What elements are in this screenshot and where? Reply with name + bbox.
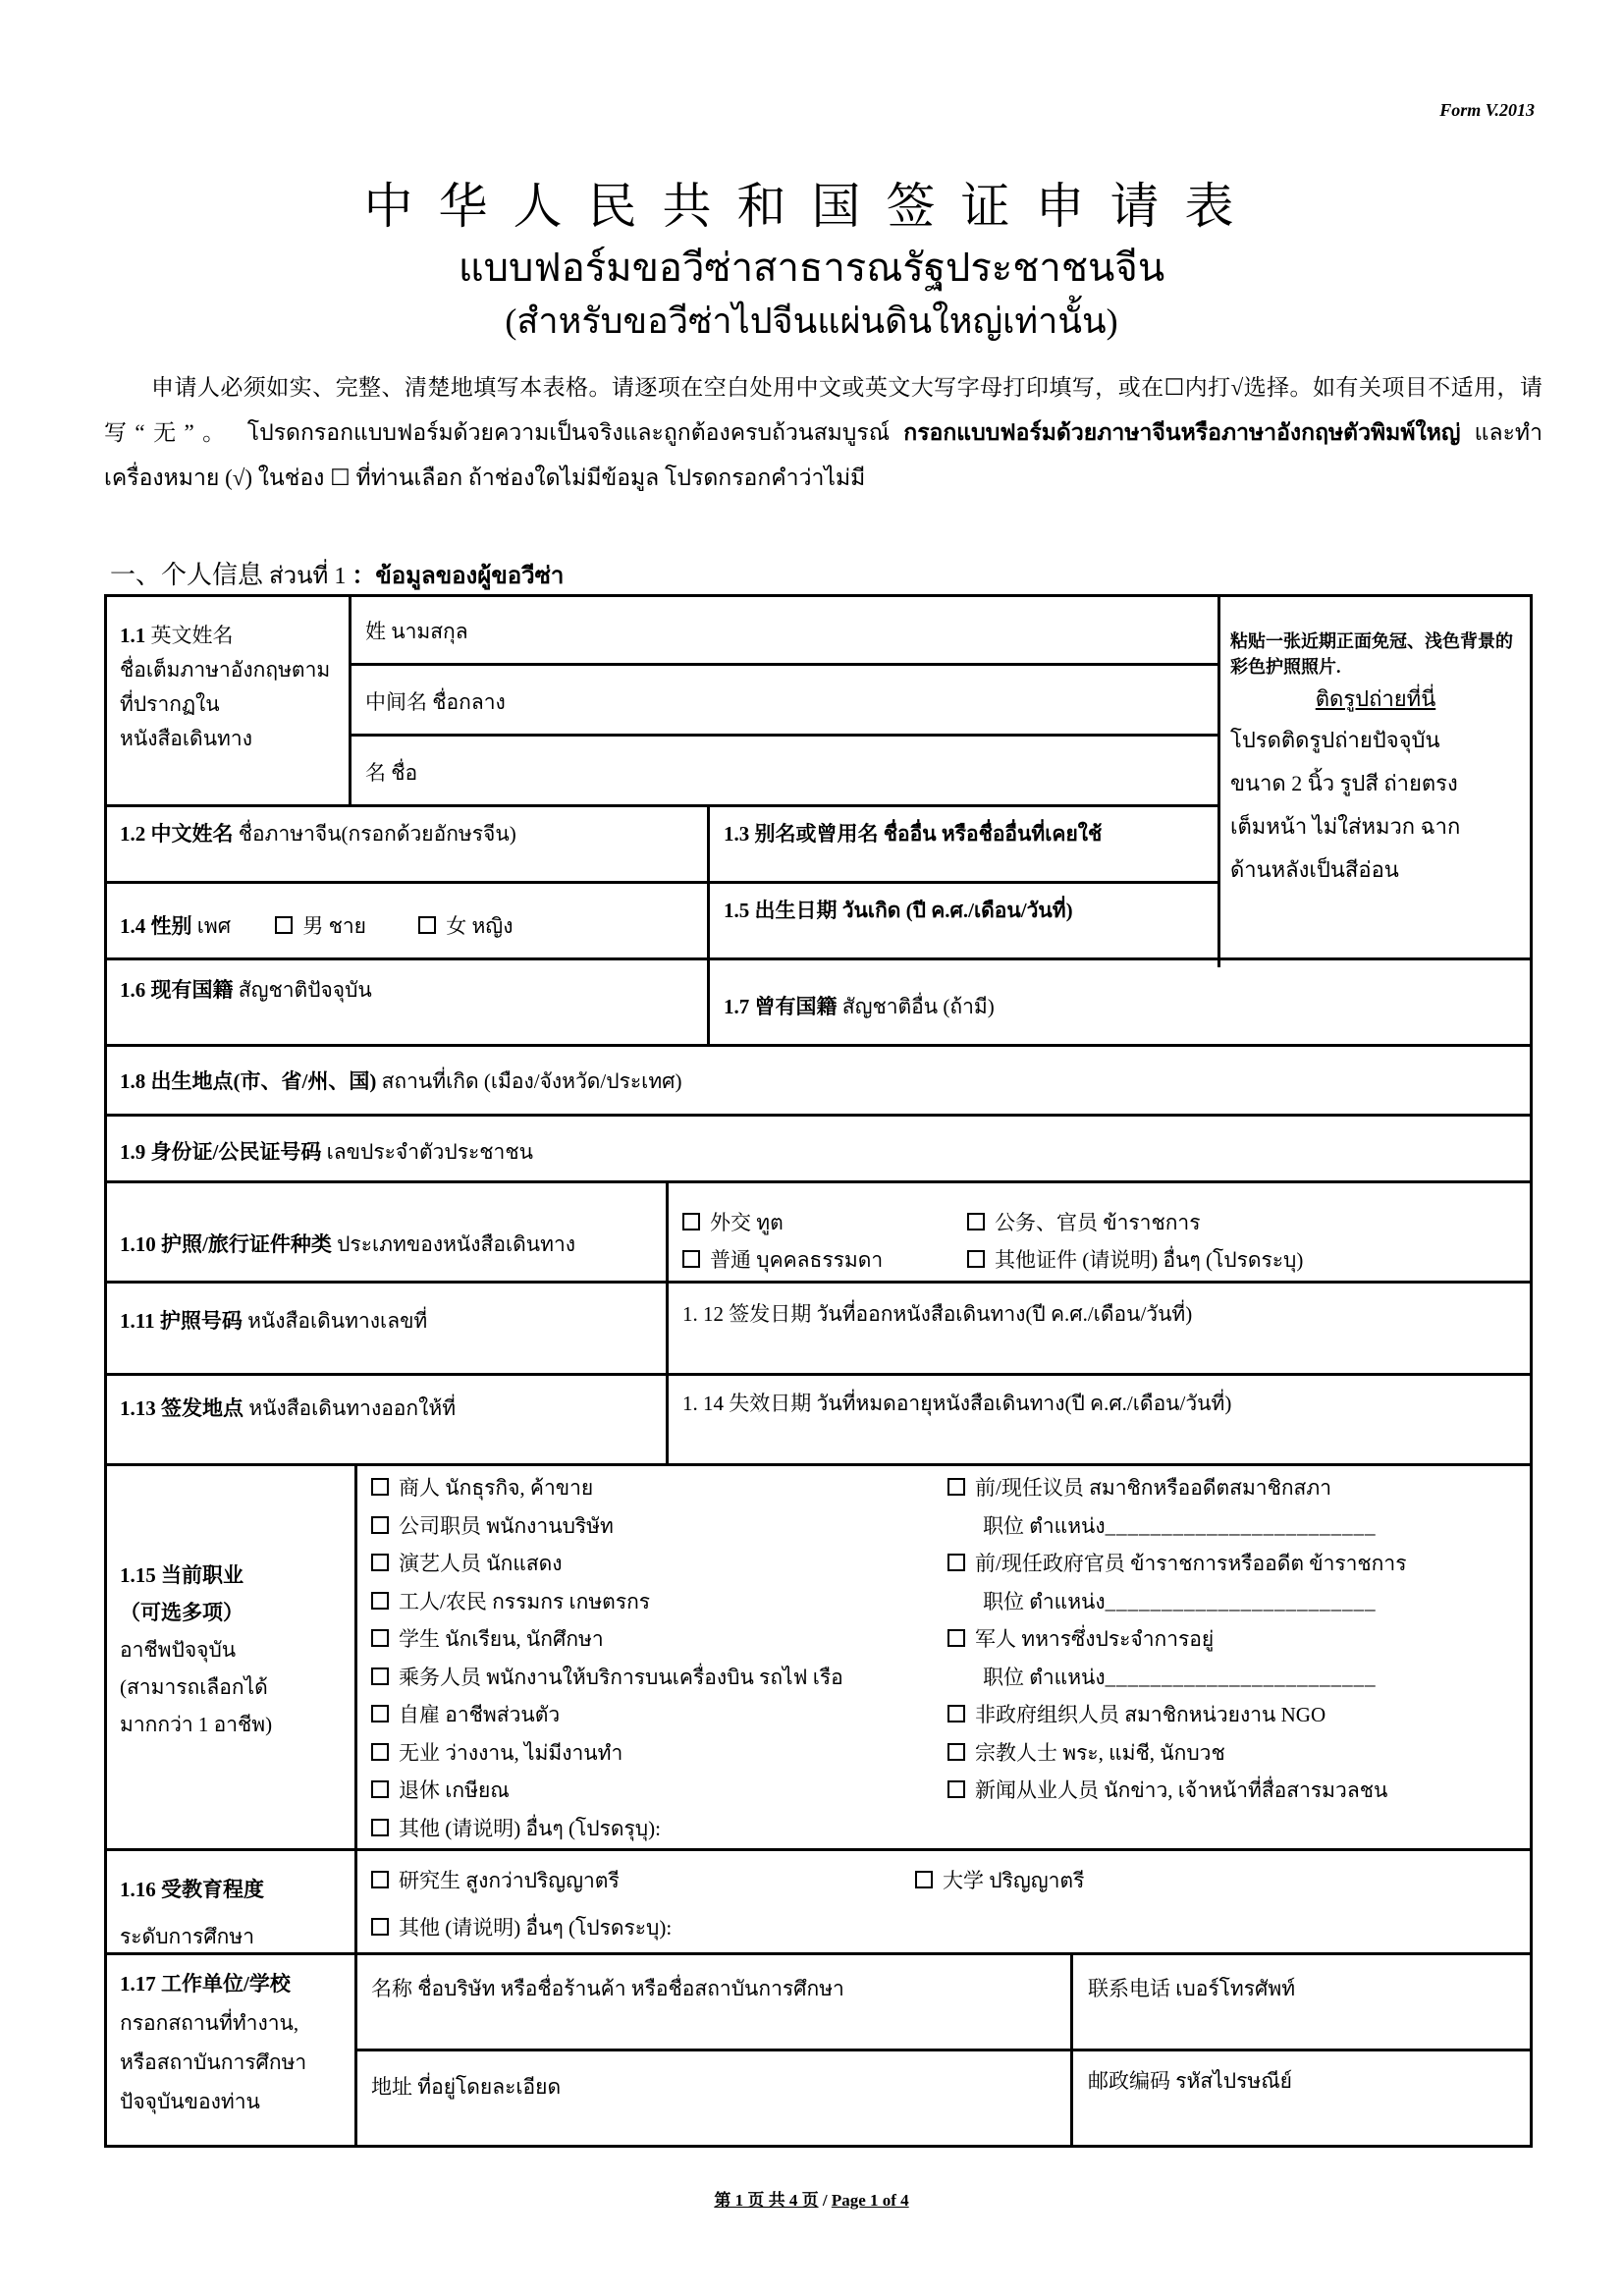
- field-th: ชื่อเต็มภาษาอังกฤษตามที่ปรากฏในหนังสือเด…: [120, 658, 330, 750]
- given-name-field[interactable]: 名 ชื่อ: [365, 760, 417, 786]
- checkbox-icon[interactable]: [682, 1250, 700, 1268]
- education-university[interactable]: 大学 ปริญญาตรี: [915, 1868, 1084, 1893]
- alias-field[interactable]: 1.3 别名或曾用名 ชื่ออื่น หรือชื่ออื่นที่เคยใช…: [724, 821, 1102, 847]
- photo-title: ติดรูปถ่ายที่นี่: [1230, 680, 1521, 719]
- field-cn-2: （可选多项）: [120, 1601, 243, 1624]
- chinese-name-field[interactable]: 1.2 中文姓名 ชื่อภาษาจีน(กรอกด้วยอักษรจีน): [120, 821, 516, 847]
- photo-th-3: เต็มหน้า ไม่ใส่หมวก ฉาก: [1230, 805, 1521, 848]
- option-label: 其他 (请说明) อื่นๆ (โปรดระบุ):: [399, 1916, 672, 1940]
- field-number: 1.7: [724, 995, 749, 1018]
- option-label: 前/现任议员 สมาชิกหรืออดีตสมาชิกสภา: [975, 1476, 1331, 1500]
- checkbox-icon[interactable]: [371, 1819, 389, 1836]
- option-label: 演艺人员 นักแสดง: [399, 1552, 563, 1575]
- divider: [354, 1463, 357, 2147]
- divider: [104, 1952, 1533, 1955]
- field-th: ชื่อภาษาจีน(กรอกด้วยอักษรจีน): [239, 822, 516, 846]
- divider: [104, 1281, 1533, 1284]
- checkbox-icon[interactable]: [947, 1780, 965, 1798]
- occupation-option[interactable]: 无业 ว่างงาน, ไม่มีงานทำ: [371, 1740, 622, 1766]
- option-label: 军人 ทหารซึ่งประจำการอยู่: [975, 1627, 1214, 1651]
- middle-name-field[interactable]: 中间名 ชื่อกลาง: [365, 689, 506, 715]
- page-number-en: Page 1 of 4: [832, 2191, 909, 2210]
- passport-type-label: 1.10 护照/旅行证件种类 ประเภทของหนังสือเดินทาง: [120, 1231, 575, 1257]
- field-th: หนังสือเดินทางเลขที่: [247, 1309, 427, 1333]
- option-label: 宗教人士 พระ, แม่ชี, นักบวช: [975, 1741, 1225, 1765]
- position-blank: ________________________: [1106, 1514, 1377, 1538]
- checkbox-icon[interactable]: [915, 1871, 933, 1888]
- employer-name-field[interactable]: 名称 ชื่อบริษัท หรือชื่อร้านค้า หรือชื่อสถ…: [371, 1976, 844, 2001]
- photo-instructions-cn: 粘贴一张近期正面免冠、浅色背景的彩色护照照片.: [1230, 629, 1521, 680]
- field-cn: 签发日期: [729, 1302, 811, 1326]
- checkbox-icon[interactable]: [947, 1629, 965, 1647]
- checkbox-icon[interactable]: [371, 1871, 389, 1888]
- divider: [349, 594, 352, 806]
- field-cn: 失效日期: [729, 1392, 811, 1415]
- instructions-thai-bold: กรอกแบบฟอร์มด้วยภาษาจีนหรือภาษาอังกฤษตัว…: [903, 420, 1460, 445]
- page-footer: 第 1 页 共 4 页 / Page 1 of 4: [0, 2186, 1623, 2211]
- option-label: 自雇 อาชีพส่วนตัว: [399, 1703, 560, 1726]
- field-number: 1.16: [120, 1878, 156, 1901]
- checkbox-icon[interactable]: [682, 1213, 700, 1230]
- field-cn: 护照/旅行证件种类: [161, 1232, 332, 1256]
- field-th: หนังสือเดินทางออกให้ที่: [248, 1396, 456, 1420]
- field-number: 1.17: [120, 1972, 156, 1995]
- checkbox-icon[interactable]: [371, 1667, 389, 1685]
- divider: [104, 1044, 1533, 1047]
- section-1-th: ：ข้อมูลของผู้ขอวีซ่า: [352, 564, 564, 589]
- checkbox-icon[interactable]: [371, 1516, 389, 1534]
- page-number-cn: 第 1 页 共 4 页: [714, 2191, 818, 2210]
- field-th: ระดับการศึกษา: [120, 1925, 254, 1948]
- field-cn: 签发地点: [161, 1396, 243, 1420]
- option-label: 乘务人员 พนักงานให้บริการบนเครื่องบิน รถไฟ เ…: [399, 1666, 843, 1689]
- field-number: 1.1: [120, 624, 145, 647]
- field-number: 1.5: [724, 899, 749, 922]
- field-cn: 中文姓名: [151, 822, 234, 846]
- checkbox-icon[interactable]: [371, 1554, 389, 1571]
- surname-field[interactable]: 姓 นามสกุล: [365, 619, 468, 644]
- divider: [349, 734, 1220, 737]
- section-1-title: 一、个人信息 ส่วนที่ 1 ：ข้อมูลของผู้ขอวีซ่า: [110, 555, 564, 594]
- checkbox-icon[interactable]: [947, 1743, 965, 1761]
- position-field[interactable]: 职位 ตำแหน่ง________________________: [983, 1665, 1377, 1690]
- field-th-3: มากกว่า 1 อาชีพ): [120, 1713, 272, 1736]
- occupation-option[interactable]: 前/现任政府官员 ข้าราชการหรืออดีต ข้าราชการ: [947, 1551, 1406, 1576]
- birthplace-field[interactable]: 1.8 出生地点(市、省/州、国) สถานที่เกิด (เมือง/จัง…: [120, 1068, 682, 1094]
- field-number: 1.3: [724, 822, 749, 846]
- field-th: ประเภทของหนังสือเดินทาง: [337, 1232, 575, 1256]
- option-label: 其他 (请说明) อื่นๆ (โปรดรุบุ):: [399, 1817, 661, 1840]
- position-field[interactable]: 职位 ตำแหน่ง________________________: [983, 1589, 1377, 1614]
- position-label: 职位 ตำแหน่ง: [983, 1514, 1106, 1538]
- field-cn: 受教育程度: [161, 1878, 264, 1901]
- checkbox-icon[interactable]: [371, 1918, 389, 1936]
- field-number: 1.8: [120, 1069, 145, 1093]
- divider: [104, 1463, 1533, 1466]
- field-th: เลขประจำตัวประชาชน: [327, 1140, 533, 1164]
- occupation-option[interactable]: 乘务人员 พนักงานให้บริการบนเครื่องบิน รถไฟ เ…: [371, 1665, 843, 1690]
- option-label: 无业 ว่างงาน, ไม่มีงานทำ: [399, 1741, 622, 1765]
- divider: [104, 1114, 1533, 1117]
- former-nationality-field[interactable]: 1.7 曾有国籍 สัญชาติอื่น (ถ้ามี): [724, 994, 995, 1019]
- field-th: ชื่ออื่น หรือชื่ออื่นที่เคยใช้: [884, 822, 1103, 846]
- field-number: 1. 14: [682, 1392, 724, 1415]
- position-label: 职位 ตำแหน่ง: [983, 1590, 1106, 1613]
- checkbox-icon[interactable]: [371, 1780, 389, 1798]
- section-1-cn: 一、个人信息: [110, 561, 263, 590]
- employer-address-field[interactable]: 地址 ที่อยู่โดยละเอียด: [371, 2074, 561, 2100]
- field-th: สัญชาติปัจจุบัน: [239, 978, 372, 1002]
- field-th: วันเกิด (ปี ค.ศ./เดือน/วันที่): [842, 899, 1073, 922]
- instructions: 申请人必须如实、完整、清楚地填写本表格。请逐项在空白处用中文或英文大写字母打印填…: [104, 365, 1542, 501]
- field-number: 1.11: [120, 1309, 155, 1333]
- position-blank: ________________________: [1106, 1590, 1377, 1613]
- divider: [104, 1848, 1533, 1851]
- passport-number-field[interactable]: 1.11 护照号码 หนังสือเดินทางเลขที่: [120, 1308, 427, 1334]
- field-th: สถานที่เกิด (เมือง/จังหวัด/ประเทศ): [382, 1069, 682, 1093]
- option-label: 商人 นักธุรกิจ, ค้าขาย: [399, 1476, 593, 1500]
- field-th-1: อาชีพปัจจุบัน: [120, 1638, 236, 1662]
- option-label: 大学 ปริญญาตรี: [943, 1869, 1084, 1892]
- divider: [666, 1180, 669, 1465]
- checkbox-icon[interactable]: [418, 916, 436, 934]
- field-cn: 曾有国籍: [755, 995, 838, 1018]
- form-title-thai: แบบฟอร์มขอวีซ่าสาธารณรัฐประชาชนจีน: [0, 236, 1623, 299]
- checkbox-icon[interactable]: [947, 1554, 965, 1571]
- field-number: 1. 12: [682, 1302, 724, 1326]
- option-label: 男 ชาย: [302, 914, 366, 938]
- field-th-2: หรือสถาบันการศึกษา: [120, 2050, 306, 2074]
- option-label: 外交 ทูต: [710, 1211, 784, 1234]
- field-cn: 身份证/公民证号码: [151, 1140, 322, 1164]
- table-border-left: [104, 594, 107, 2148]
- table-border-bottom: [104, 2145, 1533, 2148]
- checkbox-icon[interactable]: [371, 1743, 389, 1761]
- option-label: 女 หญิง: [446, 914, 513, 938]
- field-cn: 出生地点(市、省/州、国): [151, 1069, 377, 1093]
- divider: [349, 663, 1220, 666]
- photo-th-1: โปรดติดรูปถ่ายปัจจุบัน: [1230, 719, 1521, 762]
- checkbox-icon[interactable]: [947, 1705, 965, 1722]
- dob-field[interactable]: 1.5 出生日期 วันเกิด (ปี ค.ศ./เดือน/วันที่): [724, 898, 1073, 923]
- field-number: 1.13: [120, 1396, 156, 1420]
- employer-label: 1.17 工作单位/学校 กรอกสถานที่ทำงาน, หรือสถาบั…: [120, 1964, 306, 2121]
- occupation-option[interactable]: 公司职员 พนักงานบริษัท: [371, 1513, 614, 1539]
- form-version: Form V.2013: [1439, 100, 1535, 121]
- passport-type-other[interactable]: 其他证件 (请说明) อื่นๆ (โปรดระบุ): [967, 1247, 1303, 1273]
- checkbox-icon[interactable]: [947, 1478, 965, 1496]
- education-postgraduate[interactable]: 研究生 สูงกว่าปริญญาตรี: [371, 1868, 620, 1893]
- divider: [104, 1373, 1533, 1376]
- occupation-option[interactable]: 自雇 อาชีพส่วนตัว: [371, 1702, 560, 1727]
- section-1-part: ส่วนที่ 1: [263, 564, 352, 589]
- field-number: 1.2: [120, 822, 145, 846]
- field-cn: 英文姓名: [151, 624, 234, 647]
- option-label: 退休 เกษียณ: [399, 1778, 510, 1802]
- table-border-right: [1530, 594, 1533, 2148]
- gender-male-option[interactable]: 男 ชาย: [275, 914, 366, 938]
- option-label: 公司职员 พนักงานบริษัท: [399, 1514, 614, 1538]
- field-number: 1.15: [120, 1563, 156, 1587]
- occupation-option[interactable]: 军人 ทหารซึ่งประจำการอยู่: [947, 1626, 1214, 1652]
- passport-type-diplomatic[interactable]: 外交 ทูต: [682, 1210, 784, 1235]
- photo-area[interactable]: 粘贴一张近期正面免冠、浅色背景的彩色护照照片. ติดรูปถ่ายที่นี่…: [1230, 629, 1521, 892]
- checkbox-icon[interactable]: [371, 1478, 389, 1496]
- field-th: วันที่ออกหนังสือเดินทาง(ปี ค.ศ./เดือน/วั…: [817, 1302, 1193, 1326]
- employer-postcode-field[interactable]: 邮政编码 รหัสไปรษณีย์: [1088, 2068, 1292, 2094]
- option-label: 新闻从业人员 นักข่าว, เจ้าหน้าที่สื่อสารมวลชน: [975, 1778, 1387, 1802]
- divider: [1217, 594, 1220, 967]
- position-blank: ________________________: [1106, 1666, 1377, 1689]
- divider: [104, 1180, 1533, 1183]
- gender-female-option[interactable]: 女 หญิง: [418, 914, 513, 938]
- checkbox-icon[interactable]: [371, 1705, 389, 1722]
- field-th-1: กรอกสถานที่ทำงาน,: [120, 2011, 298, 2035]
- checkbox-icon[interactable]: [967, 1213, 985, 1230]
- photo-th-4: ด้านหลังเป็นสีอ่อน: [1230, 848, 1521, 892]
- option-label: 工人/农民 กรรมกร เกษตรกร: [399, 1590, 650, 1613]
- occupation-option[interactable]: 学生 นักเรียน, นักศึกษา: [371, 1626, 604, 1652]
- option-label: 普通 บุคคลธรรมดา: [710, 1248, 883, 1272]
- form-subtitle-thai: (สำหรับขอวีซ่าไปจีนแผ่นดินใหญ่เท่านั้น): [0, 293, 1623, 349]
- field-cn: 性别: [151, 914, 192, 938]
- gender-field: 1.4 性别 เพศ 男 ชาย 女 หญิง: [120, 913, 513, 939]
- divider: [354, 2049, 1533, 2051]
- option-label: 学生 นักเรียน, นักศึกษา: [399, 1627, 604, 1651]
- education-other[interactable]: 其他 (请说明) อื่นๆ (โปรดระบุ):: [371, 1915, 672, 1941]
- occupation-label: 1.15 当前职业 （可选多项） อาชีพปัจจุบัน (สามารถเล…: [120, 1557, 272, 1743]
- form-title-chinese: 中华人民共和国签证申请表: [0, 167, 1623, 238]
- option-label: 公务、官员 ข้าราชการ: [995, 1211, 1201, 1234]
- field-cn: 当前职业: [161, 1563, 243, 1587]
- occupation-option[interactable]: 新闻从业人员 นักข่าว, เจ้าหน้าที่สื่อสารมวลชน: [947, 1777, 1387, 1803]
- field-number: 1.10: [120, 1232, 156, 1256]
- option-label: 非政府组织人员 สมาชิกหน่วยงาน NGO: [975, 1703, 1325, 1726]
- nationality-field[interactable]: 1.6 现有国籍 สัญชาติปัจจุบัน: [120, 977, 372, 1003]
- employer-phone-field[interactable]: 联系电话 เบอร์โทรศัพท์: [1088, 1976, 1295, 2001]
- occupation-option[interactable]: 演艺人员 นักแสดง: [371, 1551, 563, 1576]
- divider: [104, 881, 1220, 884]
- field-th-2: (สามารถเลือกได้: [120, 1675, 268, 1699]
- expiry-date-field[interactable]: 1. 14 失效日期 วันที่หมดอายุหนังสือเดินทาง(ป…: [682, 1391, 1231, 1416]
- passport-type-official[interactable]: 公务、官员 ข้าราชการ: [967, 1210, 1201, 1235]
- photo-th-2: ขนาด 2 นิ้ว รูปสี ถ่ายตรง: [1230, 762, 1521, 805]
- option-label: 研究生 สูงกว่าปริญญาตรี: [399, 1869, 620, 1892]
- divider: [104, 957, 1533, 960]
- issue-date-field[interactable]: 1. 12 签发日期 วันที่ออกหนังสือเดินทาง(ปี ค.…: [682, 1301, 1192, 1327]
- divider: [104, 804, 1220, 807]
- field-cn: 现有国籍: [151, 978, 234, 1002]
- checkbox-icon[interactable]: [371, 1629, 389, 1647]
- field-number: 1.6: [120, 978, 145, 1002]
- field-th: สัญชาติอื่น (ถ้ามี): [842, 995, 995, 1018]
- occupation-option[interactable]: 宗教人士 พระ, แม่ชี, นักบวช: [947, 1740, 1225, 1766]
- occupation-option[interactable]: 前/现任议员 สมาชิกหรืออดีตสมาชิกสภา: [947, 1475, 1331, 1501]
- field-cn: 别名或曾用名: [755, 822, 879, 846]
- position-label: 职位 ตำแหน่ง: [983, 1666, 1106, 1689]
- issue-place-field[interactable]: 1.13 签发地点 หนังสือเดินทางออกให้ที่: [120, 1395, 456, 1421]
- checkbox-icon[interactable]: [967, 1250, 985, 1268]
- passport-type-ordinary[interactable]: 普通 บุคคลธรรมดา: [682, 1247, 883, 1273]
- occupation-option[interactable]: 商人 นักธุรกิจ, ค้าขาย: [371, 1475, 593, 1501]
- education-label: 1.16 受教育程度 ระดับการศึกษา: [120, 1866, 264, 1960]
- field-cn: 工作单位/学校: [161, 1972, 291, 1995]
- footer-separator: /: [819, 2191, 832, 2210]
- occupation-option[interactable]: 工人/农民 กรรมกร เกษตรกร: [371, 1589, 650, 1614]
- table-border-top: [104, 594, 1533, 597]
- id-number-field[interactable]: 1.9 身份证/公民证号码 เลขประจำตัวประชาชน: [120, 1139, 533, 1165]
- field-1-1-label: 1.1 英文姓名 ชื่อเต็มภาษาอังกฤษตามที่ปรากฏใน…: [120, 619, 336, 756]
- occupation-option[interactable]: 非政府组织人员 สมาชิกหน่วยงาน NGO: [947, 1702, 1325, 1727]
- instructions-thai: โปรดกรอกแบบฟอร์มด้วยความเป็นจริงและถูกต้…: [247, 420, 904, 445]
- field-number: 1.4: [120, 914, 145, 938]
- option-label: 其他证件 (请说明) อื่นๆ (โปรดระบุ): [995, 1248, 1303, 1272]
- field-cn: 出生日期: [755, 899, 838, 922]
- occupation-option[interactable]: 其他 (请说明) อื่นๆ (โปรดรุบุ):: [371, 1816, 661, 1841]
- position-field[interactable]: 职位 ตำแหน่ง________________________: [983, 1513, 1377, 1539]
- checkbox-icon[interactable]: [275, 916, 293, 934]
- field-th-3: ปัจจุบันของท่าน: [120, 2090, 260, 2113]
- field-number: 1.9: [120, 1140, 145, 1164]
- divider: [707, 804, 710, 1046]
- occupation-option[interactable]: 退休 เกษียณ: [371, 1777, 510, 1803]
- field-th: วันที่หมดอายุหนังสือเดินทาง(ปี ค.ศ./เดือ…: [817, 1392, 1232, 1415]
- field-th: เพศ: [197, 914, 231, 938]
- checkbox-icon[interactable]: [371, 1592, 389, 1610]
- field-cn: 护照号码: [160, 1309, 243, 1333]
- option-label: 前/现任政府官员 ข้าราชการหรืออดีต ข้าราชการ: [975, 1552, 1406, 1575]
